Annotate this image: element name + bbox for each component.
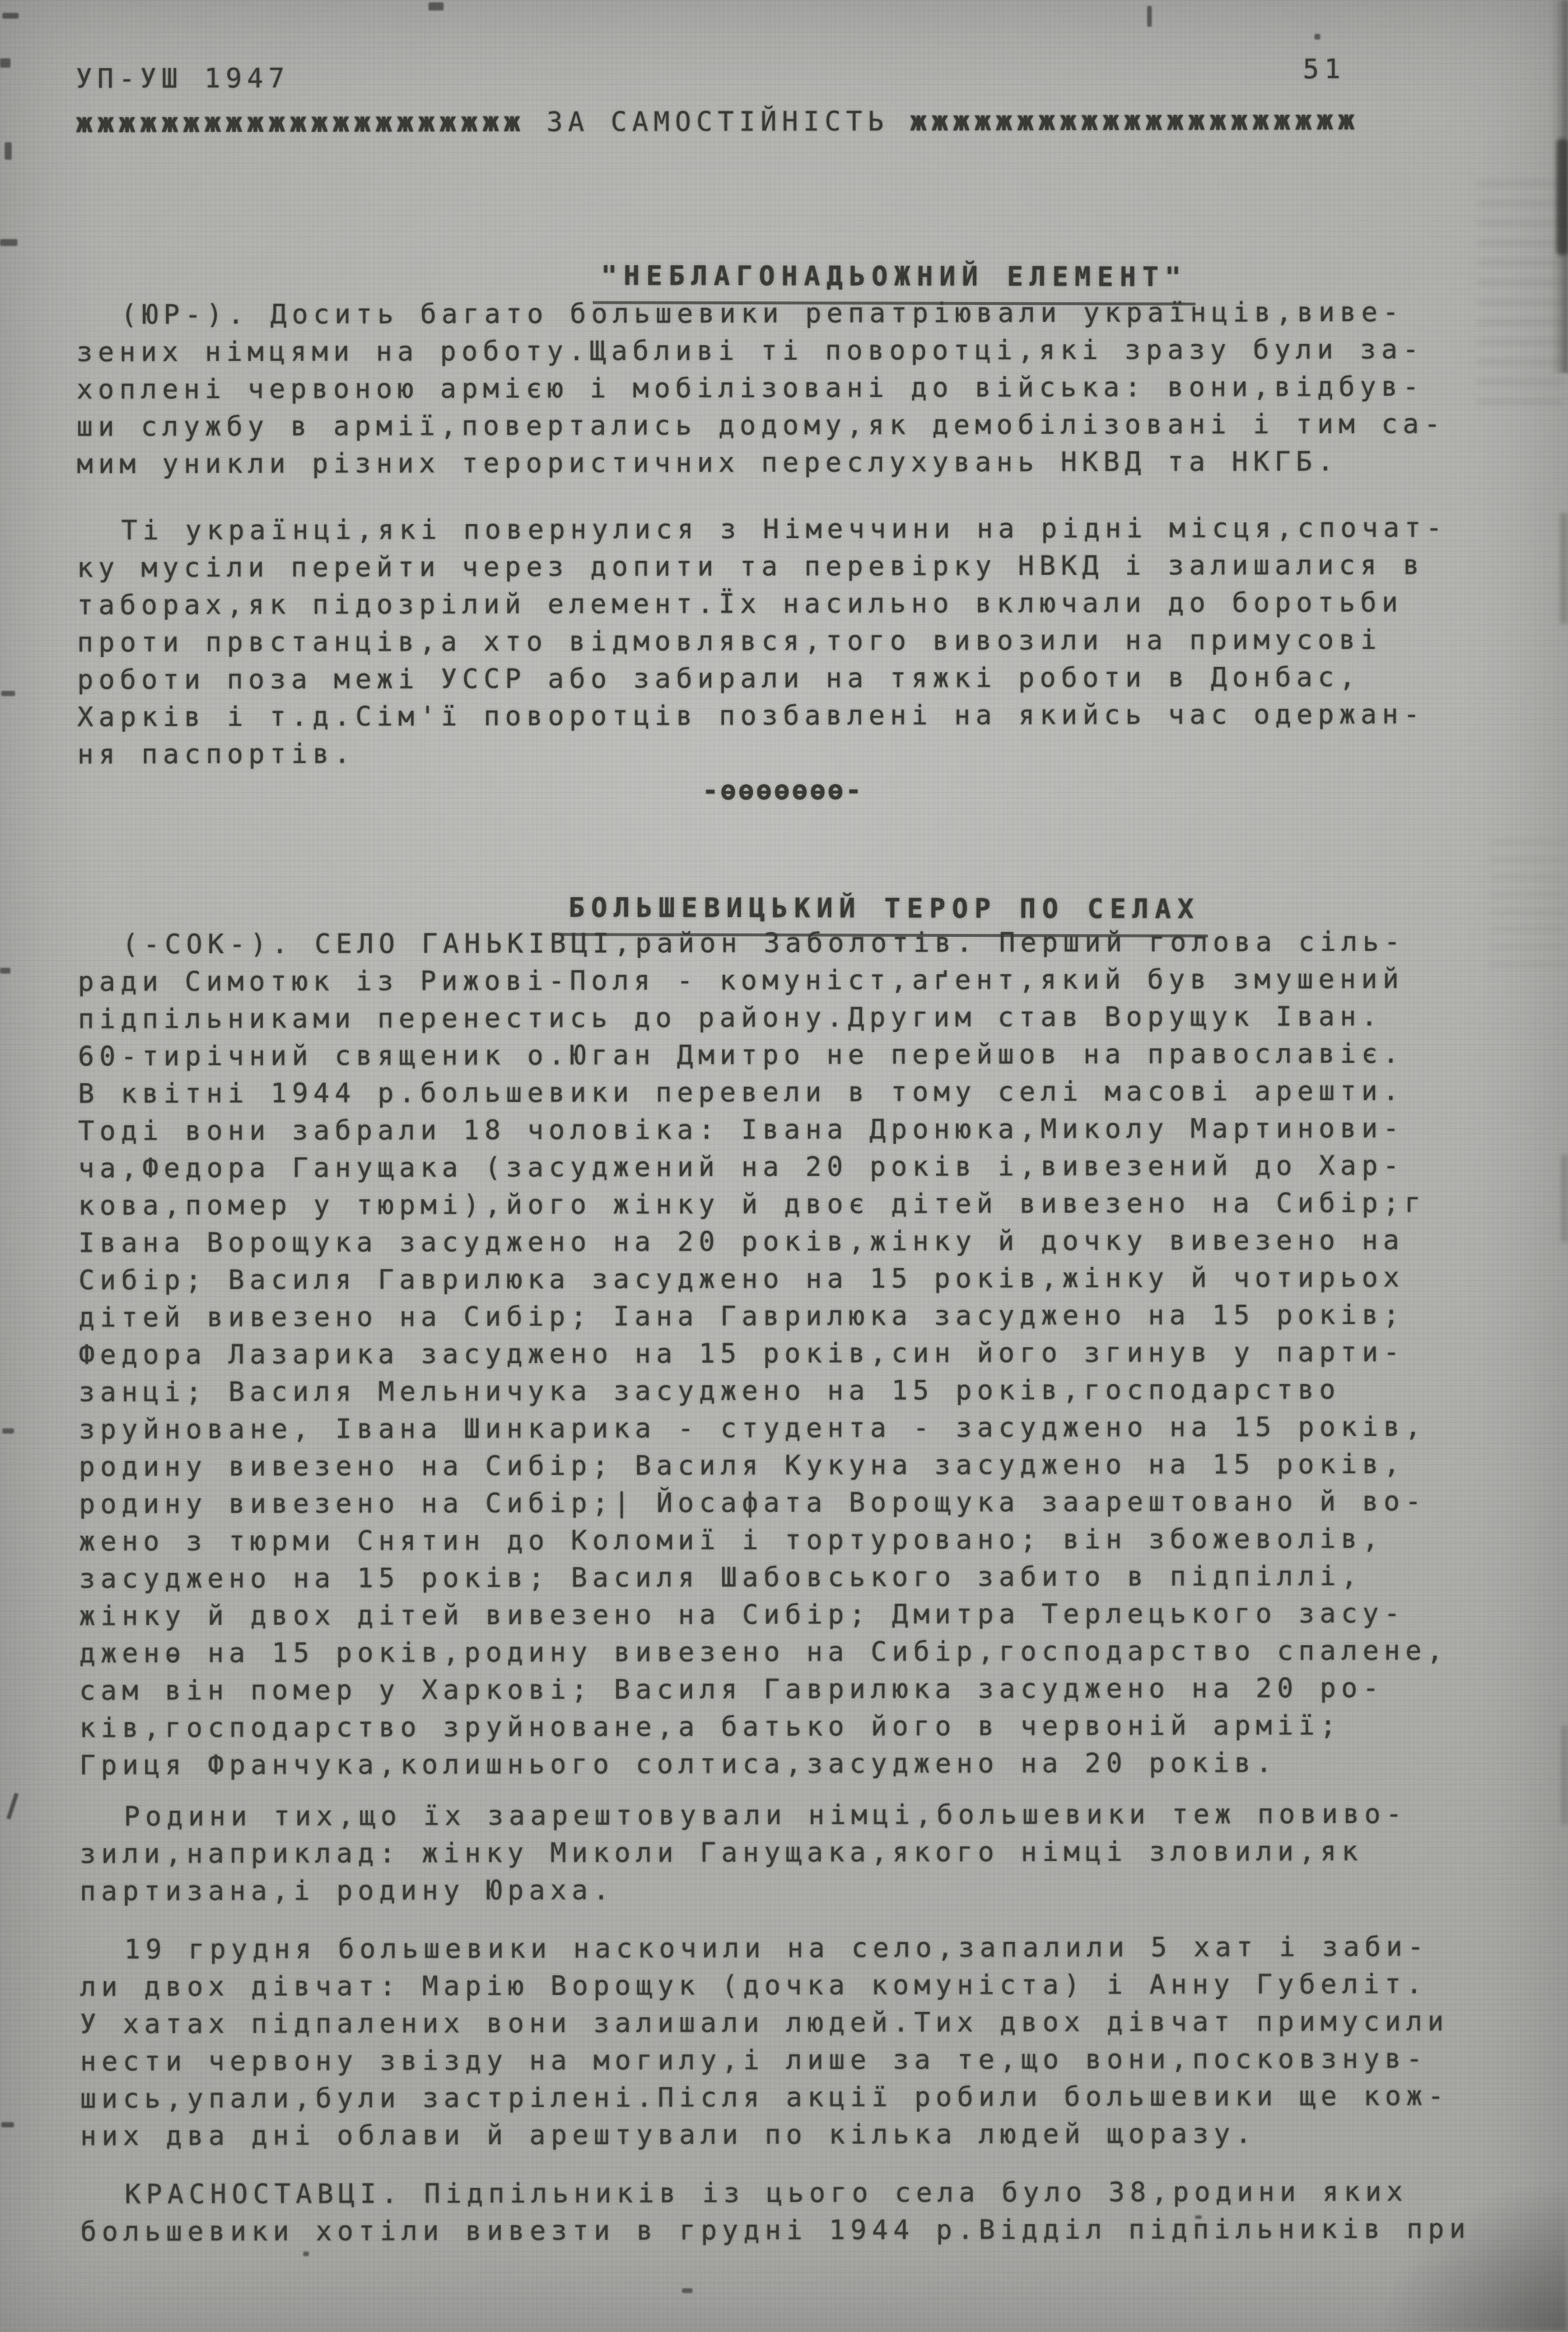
- text-line: (-СОК-). СЕЛО ГАНЬКІВЦІ,район Заболотів.…: [78, 922, 1488, 963]
- text-line: підпільниками перенестись до району.Друг…: [78, 997, 1489, 1037]
- masthead: жжжжжжжжжжжжжжжжжжжжж ЗА САМОСТІЙНІСТЬ ж…: [76, 101, 1486, 141]
- text-line: таборах,як підозрілий елемент.Їх насильн…: [77, 583, 1488, 623]
- paragraph: Родини тих,що їх заарештовували німці,бо…: [79, 1794, 1490, 1909]
- issue-label: УП-УШ 1947: [76, 59, 290, 97]
- text-line: В квітні 1944 р.большевики перевели в то…: [78, 1072, 1489, 1112]
- text-line: зених німцями на роботу.Щабливі ті повор…: [76, 330, 1487, 370]
- text-line: кова,помер у тюрмі),його жінку й двоє ді…: [78, 1183, 1489, 1224]
- paragraph: (ЮР-). Досить багато большевики репатрію…: [76, 293, 1488, 482]
- text-line: родину вивезено на Сибір; Василя Кукуна …: [79, 1445, 1489, 1485]
- text-line: Родини тих,що їх заарештовували німці,бо…: [79, 1794, 1490, 1835]
- text-line: засуджено на 15 років; Василя Шабовськог…: [79, 1557, 1490, 1597]
- text-column: (ЮР-). Досить багато большевики репатрію…: [76, 293, 1491, 2250]
- text-line: дженѳ на 15 років,родину вивезено на Сиб…: [79, 1631, 1490, 1671]
- text-line: ня паспортів.: [78, 732, 1488, 772]
- text-line: (ЮР-). Досить багато большевики репатрію…: [76, 293, 1487, 333]
- text-line: ку мусіли перейти через допити та переві…: [77, 546, 1488, 586]
- text-line: партизана,і родину Юраха.: [80, 1869, 1490, 1909]
- masthead-fill-left: жжжжжжжжжжжжжжжжжжжжж: [76, 106, 525, 139]
- text-line: проти првстанців,а хто відмовлявся,того …: [77, 620, 1488, 661]
- text-line: роботи поза межі УССР або забирали на тя…: [77, 658, 1488, 698]
- text-line: дітей вивезено на Сибір; Іана Гаврилюка …: [79, 1295, 1489, 1336]
- text-line: Ті українці,які повернулися з Німеччини …: [77, 508, 1488, 549]
- text-line: занці; Василя Мельничука засуджено на 15…: [79, 1370, 1489, 1410]
- text-line: шись,упали,були застрілені.Після акції р…: [80, 2077, 1490, 2117]
- text-line: ків,господарство зруйноване,а батько йог…: [79, 1706, 1490, 1746]
- text-line: сам він помер у Харкові; Василя Гаврилюк…: [79, 1669, 1490, 1709]
- text-line: нести червону звізду на могилу,і лише за…: [80, 2039, 1490, 2080]
- text-line: них два дні облави й арештували по кільк…: [80, 2114, 1491, 2154]
- paragraph: 19 грудня большевики наскочили на село,з…: [80, 1927, 1491, 2154]
- text-line: Гриця Франчука,колишнього солтиса,засудж…: [79, 1743, 1490, 1783]
- text-line: жінку й двох дітей вивезено на Сибір; Дм…: [79, 1594, 1490, 1634]
- text-line: зруйноване, Івана Шинкарика - студента -…: [79, 1407, 1489, 1448]
- text-line: Харків і т.д.Сім'ї поворотців позбавлені…: [78, 695, 1488, 735]
- text-line: мим уникли різних терористичних переслух…: [77, 442, 1488, 482]
- text-line: Івана Ворощука засуджено на 20 років,жін…: [78, 1221, 1489, 1261]
- scanned-document: { "page": { "header_left": "УП-УШ 1947",…: [0, 0, 1568, 2332]
- page-number: 51: [1303, 50, 1346, 87]
- text-line: Тоді вони забрали 18 чоловіка: Івана Дро…: [78, 1109, 1489, 1149]
- text-line: зили,наприклад: жінку Миколи Ганущака,як…: [80, 1832, 1490, 1872]
- text-line: родину вивезено на Сибір;| Йосафата Воро…: [79, 1482, 1489, 1522]
- text-line: хоплені червоною армією і мобілізовані д…: [76, 367, 1487, 408]
- paragraph: КРАСНОСТАВЦІ. Підпільників із цього села…: [80, 2172, 1491, 2250]
- text-line: ради Симотюк із Рижові-Поля - комуніст,а…: [78, 960, 1488, 1000]
- text-line: КРАСНОСТАВЦІ. Підпільників із цього села…: [80, 2172, 1491, 2212]
- paragraph: (-СОК-). СЕЛО ГАНЬКІВЦІ,район Заболотів.…: [78, 922, 1490, 1783]
- text-line: 19 грудня большевики наскочили на село,з…: [80, 1927, 1490, 1968]
- text-line: ча,Федора Ганущака (засуджений на 20 рок…: [78, 1146, 1489, 1186]
- text-line: ши службу в армії,повертались додому,як …: [76, 405, 1487, 445]
- text-line: Сибір; Василя Гаврилюка засуджено на 15 …: [79, 1258, 1489, 1298]
- masthead-title: ЗА САМОСТІЙНІСТЬ: [525, 106, 910, 138]
- masthead-fill-right: жжжжжжжжжжжжжжжжжжжжж: [910, 104, 1359, 137]
- text-line: Федора Лазарика засуджено на 15 років,си…: [79, 1333, 1489, 1373]
- text-line: жено з тюрми Снятин до Коломиї і тортуро…: [79, 1519, 1489, 1560]
- text-line: 60-тирічний священик о.Юган Дмитро не пе…: [78, 1034, 1489, 1074]
- text-line: ли двох дівчат: Марію Ворощук (дочка ком…: [80, 1965, 1490, 2005]
- text-line: большевики хотіли вивезти в грудні 1944 …: [80, 2210, 1491, 2250]
- paragraph: Ті українці,які повернулися з Німеччини …: [77, 508, 1488, 772]
- section-divider: -ѳѳѳѳѳѳѳ-: [78, 770, 1488, 810]
- text-line: У хатах підпалених вони залишали людей.Т…: [80, 2002, 1490, 2042]
